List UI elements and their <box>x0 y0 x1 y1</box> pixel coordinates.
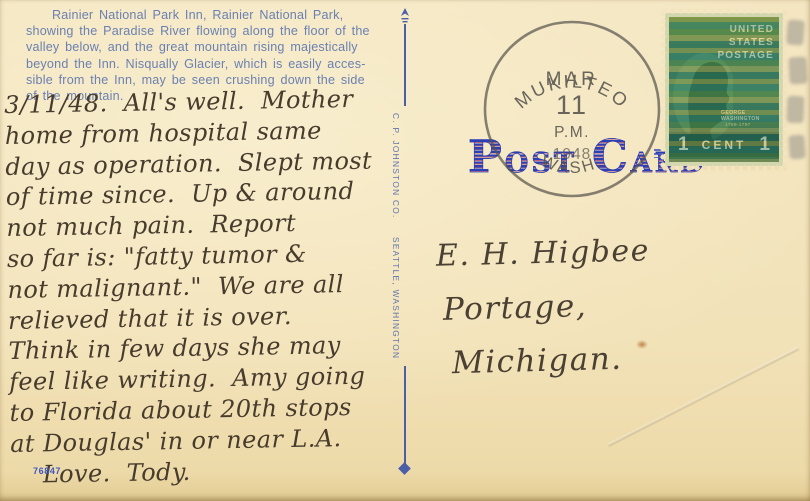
publisher-credit: C. P. JOHNSTON CO. SEATTLE, WASHINGTON <box>391 113 401 365</box>
postcard-back: Rainier National Park Inn, Rainier Natio… <box>0 0 810 501</box>
stamp-value-word: CENT <box>702 138 747 152</box>
postmark-day: 11 <box>556 90 588 120</box>
stamp-portrait-name: GEORGE WASHINGTON <box>721 110 760 122</box>
postmark-meridiem: P.M. <box>554 124 590 141</box>
cancellation-smudge <box>786 19 805 45</box>
stamp-denomination: 1 CENT 1 <box>669 132 779 157</box>
stain-mark <box>636 340 648 349</box>
divider-line-bottom <box>404 366 406 470</box>
stamp-portrait-dates: 1789-1797 <box>725 123 751 128</box>
address-name: E. H. Higbee <box>436 233 651 274</box>
crease-mark <box>607 347 799 447</box>
address-state: Michigan. <box>452 341 623 381</box>
postmark: MUKILTEO MAR 11 P.M. 1948 WASH. <box>480 17 664 201</box>
address-city: Portage, <box>443 288 588 328</box>
cancellation-smudge <box>787 96 805 124</box>
postage-stamp: UNITED STATES POSTAGE GEORGE WASHINGTON … <box>663 11 785 168</box>
publisher-name: C. P. JOHNSTON CO. <box>391 113 401 219</box>
stamp-value-left: 1 <box>678 134 689 156</box>
stamp-country-text: UNITED STATES POSTAGE <box>717 24 774 62</box>
stamp-value-right: 1 <box>759 134 770 156</box>
stock-number: 76847 <box>33 466 61 476</box>
cancellation-smudge <box>788 57 807 85</box>
divider-diamond-icon <box>398 462 411 475</box>
publisher-city: SEATTLE, WASHINGTON <box>391 237 401 359</box>
postmark-month: MAR <box>546 69 599 90</box>
cancellation-smudge <box>788 134 806 159</box>
stamp-design: UNITED STATES POSTAGE GEORGE WASHINGTON … <box>669 17 779 162</box>
handwritten-message: 3/11/48. All's well. Mother home from ho… <box>4 84 378 491</box>
